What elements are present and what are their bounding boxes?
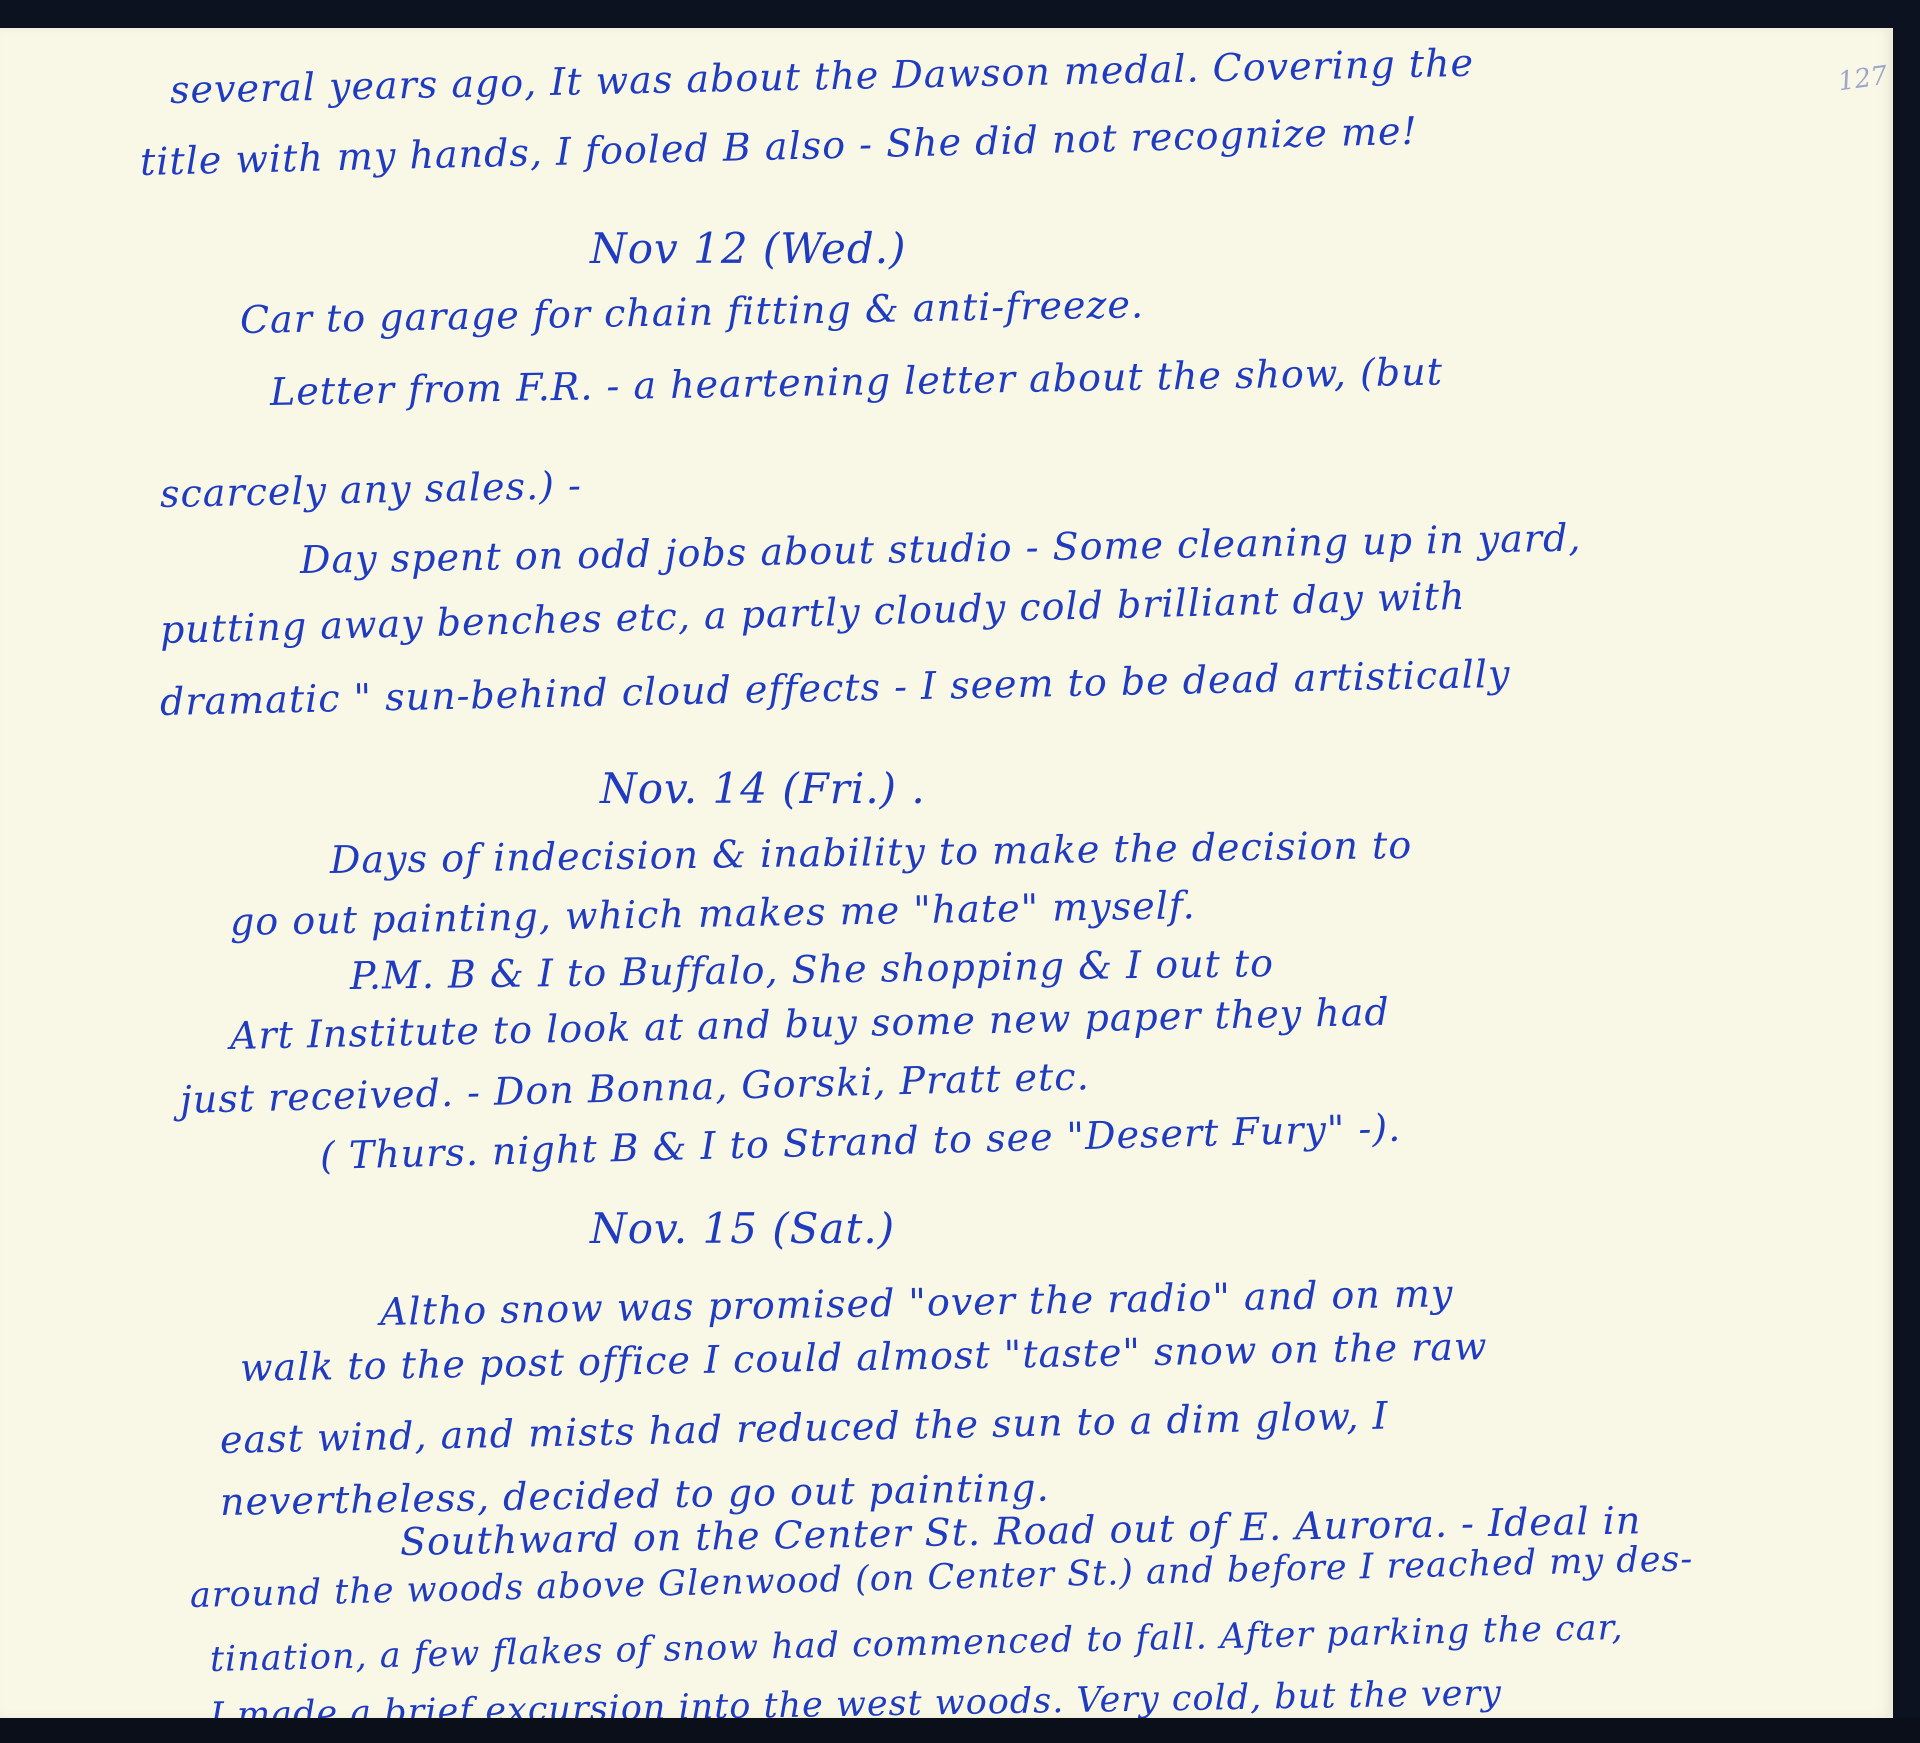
journal-page: 127 several years ago, It was about the … [0, 28, 1893, 1718]
text-line: several years ago, It was about the Daws… [170, 41, 1475, 112]
text-line: Days of indecision & inability to make t… [330, 823, 1413, 882]
text-line: Altho snow was promised "over the radio"… [380, 1271, 1454, 1334]
scan-background-edge [0, 1718, 1920, 1743]
text-line: tination, a few flakes of snow had comme… [210, 1608, 1624, 1680]
text-line: Letter from F.R. - a heartening letter a… [270, 350, 1444, 414]
text-line: scarcely any sales.) - [160, 463, 583, 516]
text-line: Day spent on odd jobs about studio - Som… [300, 516, 1582, 582]
text-line: dramatic " sun-behind cloud effects - I … [160, 652, 1511, 724]
date-heading: Nov 12 (Wed.) [590, 224, 907, 273]
text-line: just received. - Don Bonna, Gorski, Prat… [179, 1054, 1090, 1122]
text-line: title with my hands, I fooled B also - S… [139, 109, 1418, 184]
text-line: east wind, and mists had reduced the sun… [220, 1394, 1389, 1462]
text-line: ( Thurs. night B & I to Strand to see "D… [319, 1106, 1401, 1178]
text-line: walk to the post office I could almost "… [240, 1324, 1488, 1390]
text-line: putting away benches etc, a partly cloud… [159, 574, 1466, 652]
page-number: 127 [1836, 61, 1889, 98]
text-line: go out painting, which makes me "hate" m… [230, 883, 1196, 944]
date-heading: Nov. 15 (Sat.) [590, 1204, 895, 1253]
text-line: Car to garage for chain fitting & anti-f… [240, 282, 1145, 342]
text-line: Art Institute to look at and buy some ne… [230, 990, 1391, 1058]
text-line: P.M. B & I to Buffalo, She shopping & I … [350, 941, 1275, 998]
date-heading: Nov. 14 (Fri.) . [600, 764, 926, 813]
